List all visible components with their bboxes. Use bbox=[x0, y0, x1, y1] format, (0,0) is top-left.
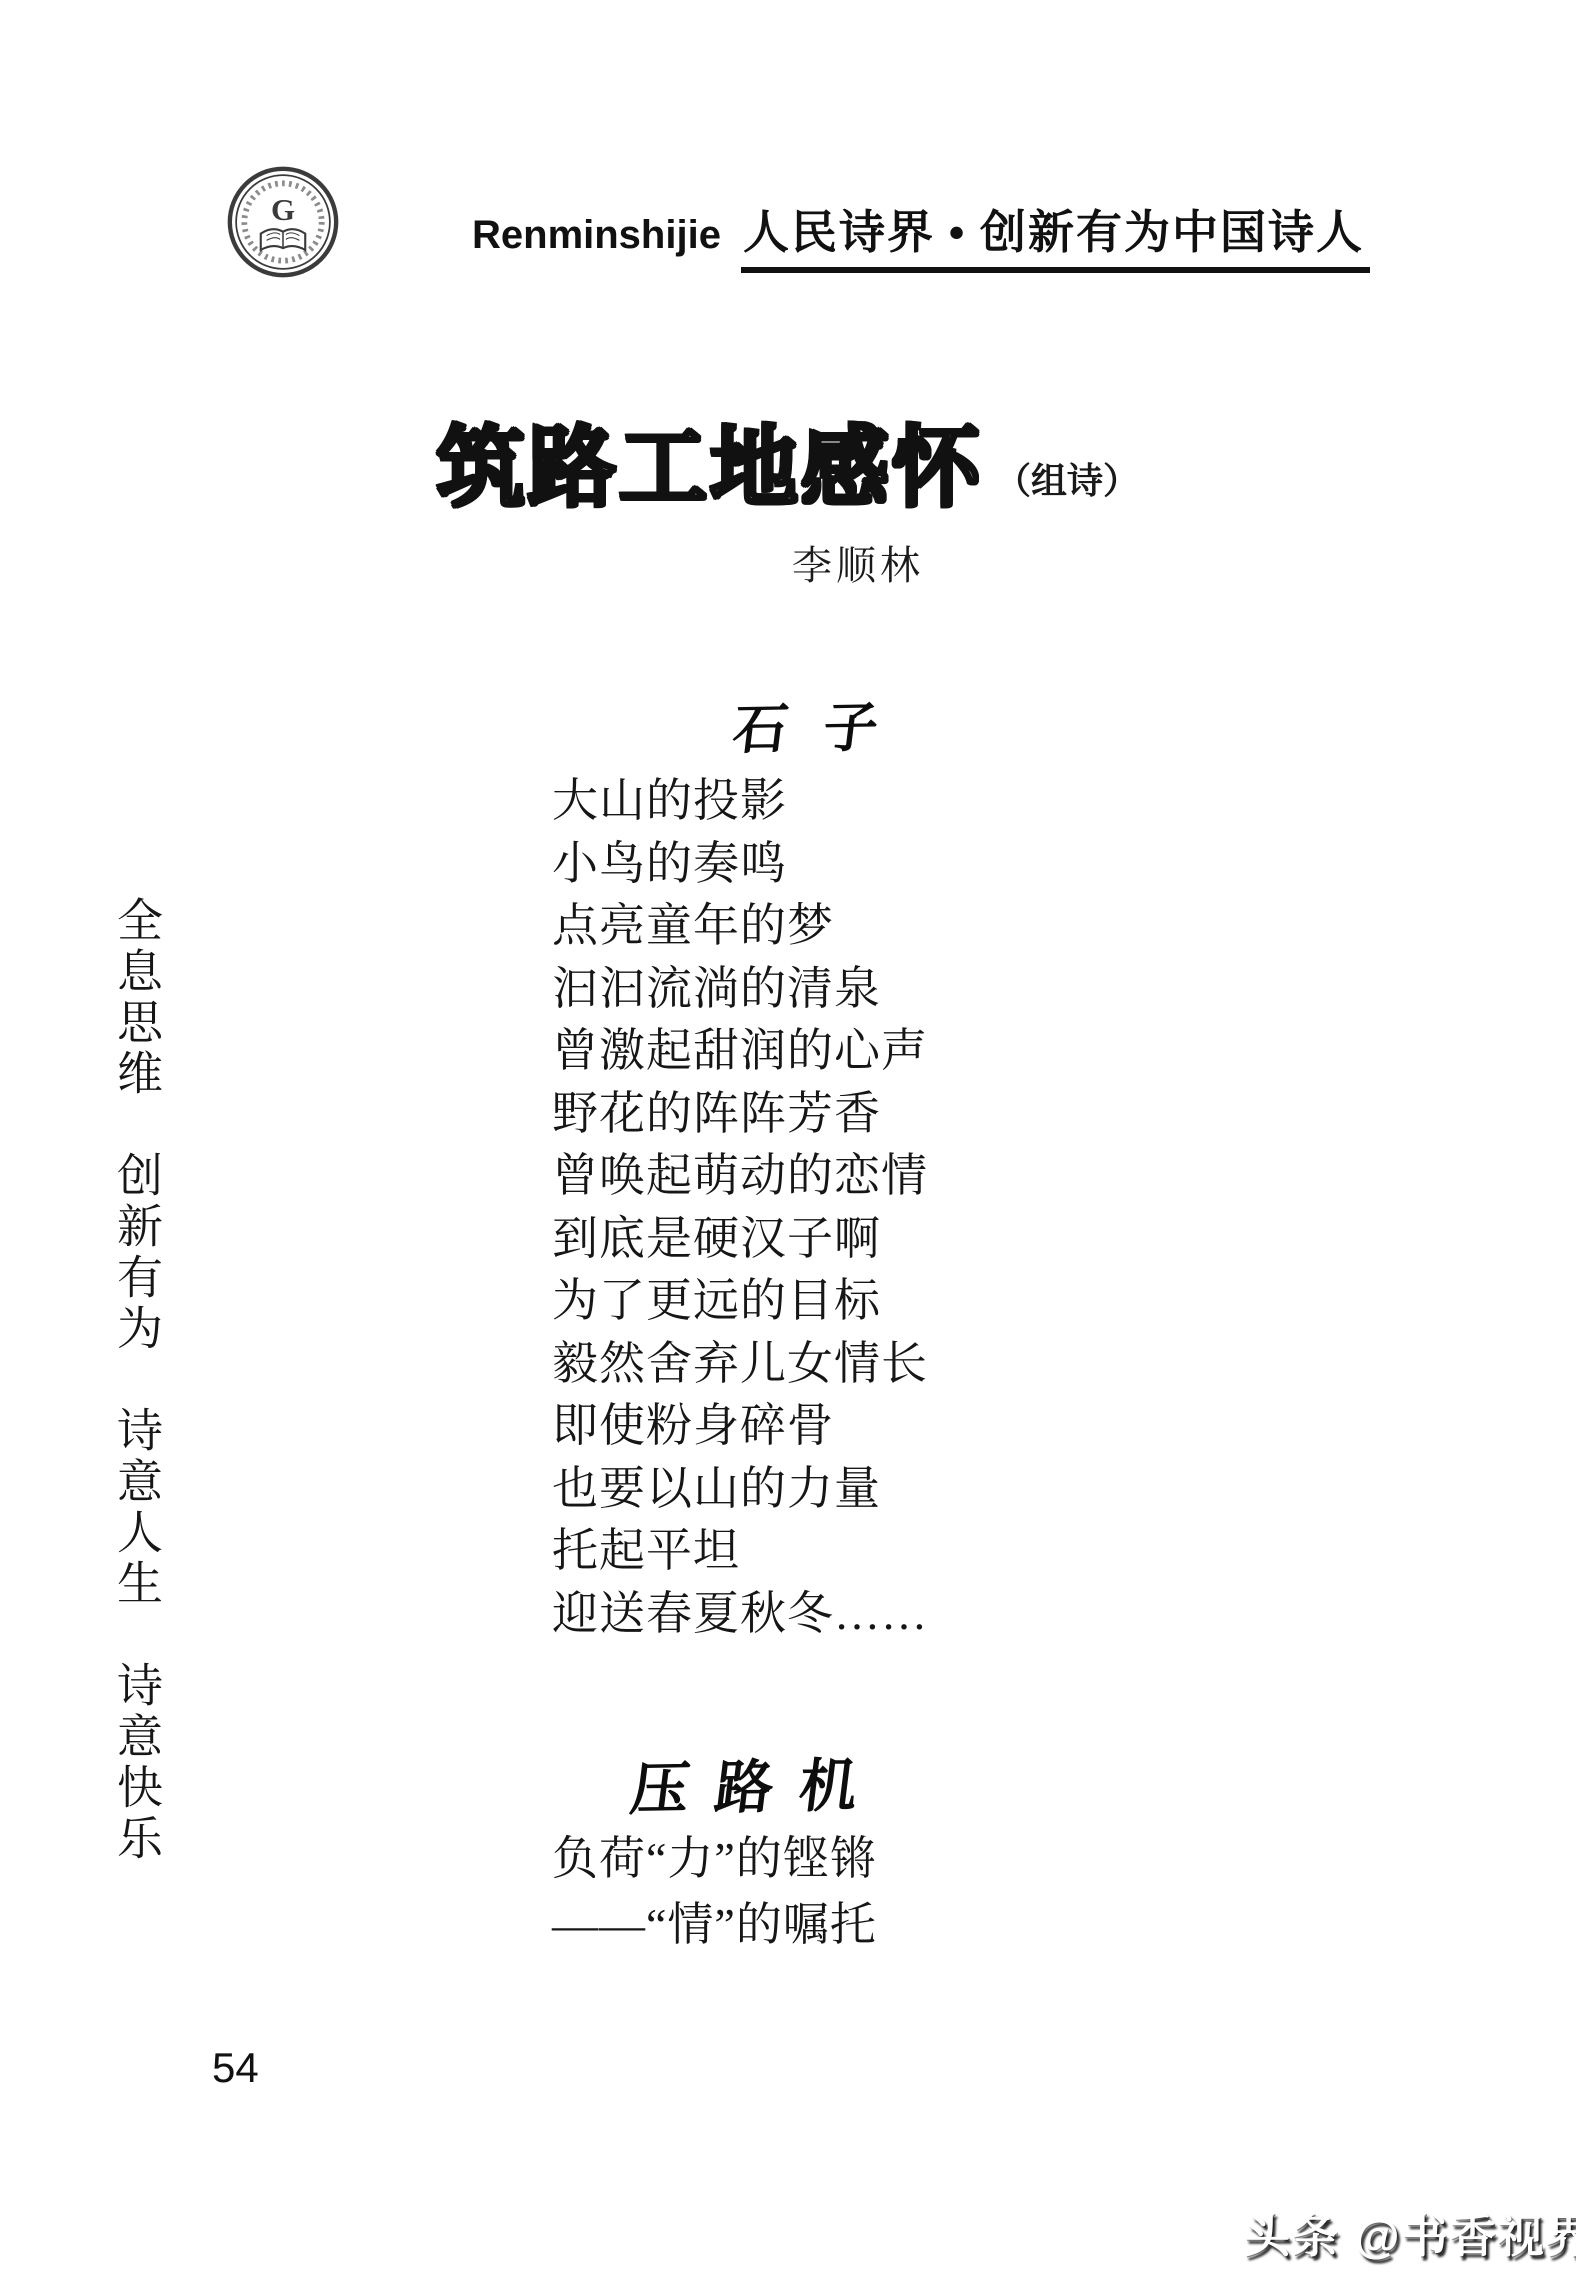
poem-line: 为了更远的目标 bbox=[552, 1270, 928, 1333]
poem-1-heading: 石子 bbox=[0, 686, 1576, 763]
author-name: 李顺林 bbox=[70, 534, 1576, 591]
poem-line: 迎送春夏秋冬…… bbox=[552, 1583, 928, 1646]
journal-seal-icon: G bbox=[225, 164, 341, 280]
poem-2-body: 负荷“力”的铿锵 ——“情”的嘱托 bbox=[552, 1826, 877, 1958]
poem-line: 托起平坦 bbox=[552, 1520, 928, 1583]
poem-line: 毅然舍弃儿女情长 bbox=[552, 1333, 928, 1396]
poem-line: 大山的投影 bbox=[552, 770, 928, 833]
poem-line: ——“情”的嘱托 bbox=[552, 1892, 877, 1958]
journal-logo: G bbox=[225, 164, 341, 280]
logo-letter-g: G bbox=[271, 192, 295, 227]
open-book-icon bbox=[261, 229, 305, 250]
poem-line: 曾激起甜润的心声 bbox=[552, 1020, 928, 1083]
article-title-suffix: （组诗） bbox=[995, 453, 1139, 520]
poem-line: 野花的阵阵芳香 bbox=[552, 1083, 928, 1146]
poem-2-heading-text: 压路机 bbox=[627, 1738, 890, 1826]
poem-line: 小鸟的奏鸣 bbox=[552, 833, 928, 896]
brand-pinyin: Renminshijie bbox=[472, 213, 721, 258]
poem-line: 点亮童年的梦 bbox=[552, 895, 928, 958]
masthead: Renminshijie 人民诗界 • 创新有为中国诗人 bbox=[472, 196, 1370, 273]
page-number: 54 bbox=[212, 2044, 259, 2092]
watermark: 头条 @书香视界 bbox=[1244, 2200, 1576, 2266]
poem-2-heading: 压路机 bbox=[0, 1740, 1546, 1824]
article-title-row: 筑路工地感怀 （组诗） bbox=[0, 416, 1576, 520]
poem-line: 到底是硬汉子啊 bbox=[552, 1208, 928, 1271]
magazine-page: G Renminshijie 人民诗界 • 创新有为中国诗人 筑路工地感怀 （组… bbox=[0, 0, 1576, 2290]
poem-line: 曾唤起萌动的恋情 bbox=[552, 1145, 928, 1208]
poem-1-heading-text: 石子 bbox=[693, 684, 919, 765]
article-title: 筑路工地感怀 bbox=[437, 416, 983, 520]
vertical-slogan: 全息思维 创新有为 诗意人生 诗意快乐 bbox=[103, 896, 169, 1886]
poem-line: 汩汩流淌的清泉 bbox=[552, 958, 928, 1021]
poem-line: 即使粉身碎骨 bbox=[552, 1395, 928, 1458]
poem-line: 也要以山的力量 bbox=[552, 1458, 928, 1521]
poem-line: 负荷“力”的铿锵 bbox=[552, 1826, 877, 1892]
masthead-slogan: 人民诗界 • 创新有为中国诗人 bbox=[741, 196, 1370, 273]
poem-1-body: 大山的投影 小鸟的奏鸣 点亮童年的梦 汩汩流淌的清泉 曾激起甜润的心声 野花的阵… bbox=[552, 770, 928, 1645]
